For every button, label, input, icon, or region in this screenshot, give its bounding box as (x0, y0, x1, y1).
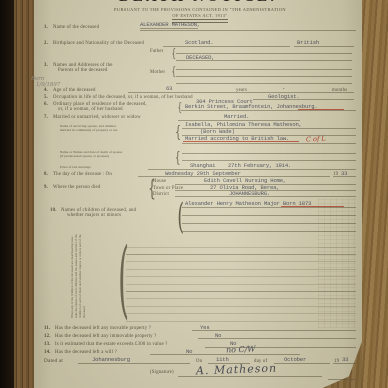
answer-line (150, 354, 300, 355)
answer-line (333, 363, 356, 364)
answer-line (192, 330, 356, 331)
father-label: Father (150, 49, 163, 55)
answer-line (175, 196, 356, 197)
answer-line (253, 99, 354, 100)
field13-label: Is it estimated that the estate exceeds … (55, 342, 168, 348)
photographed-death-notice-form: DEATH NOTICE. PURSUANT TO THE PROVISIONS… (0, 0, 388, 388)
field6-label-line2: or, if a woman, of her husband (58, 107, 123, 113)
red-underline-residence (298, 109, 344, 110)
field2-label: Birthplace and Nationality of the Deceas… (53, 41, 144, 47)
field7c-note: Place of last marriage (60, 166, 91, 170)
mother-label: Mother (150, 70, 165, 76)
field12-number: 12. (44, 334, 51, 340)
field7b-note-line2: (if predeceased spouse or spouses) (60, 155, 109, 159)
field7-number: 7. (44, 115, 48, 121)
field7a-answer1: Isabella, Philomina Theresa Matheson, (185, 122, 302, 128)
field1-answer: ALEXANDER MATHESON, (140, 22, 200, 28)
answer-line (274, 363, 330, 364)
field9-label: Where the person died (53, 185, 101, 191)
field2-answer-nationality: British (297, 40, 319, 46)
residence-brace: { (178, 100, 183, 114)
form-subtitle-line1: PURSUANT TO THE PROVISIONS CONTAINED IN … (60, 7, 340, 12)
answer-line (163, 46, 290, 47)
field2-answer-place: Scotland. (185, 40, 213, 46)
field7-label: Married or unmarried, widower or widow (53, 115, 141, 121)
field11-label: Has the deceased left any movable proper… (55, 326, 151, 332)
form-content: PURSUANT TO THE PROVISIONS CONTAINED IN … (0, 0, 388, 388)
answer-line (176, 83, 352, 84)
field2-number: 2. (44, 41, 48, 47)
answer-line (328, 379, 356, 380)
predeceased-brace: { (175, 148, 181, 166)
field8-number: 8. (44, 172, 48, 178)
field3-number: 3. (44, 63, 48, 69)
dated-at-label: Dated at (44, 359, 63, 365)
field4-number: 4. (44, 88, 48, 94)
answer-line (78, 363, 190, 364)
answer-underline (140, 28, 198, 29)
form-title-cropped: DEATH NOTICE. (34, 0, 362, 7)
answer-line (294, 46, 354, 47)
field13-number: 13. (44, 342, 51, 348)
field7-answer: Married. (224, 114, 249, 120)
field10-label-line2: whether majors or minors (67, 213, 121, 219)
field9-number: 9. (44, 185, 48, 191)
children-brace: ( (177, 196, 184, 238)
field14-label: Has the deceased left a will ? (55, 350, 117, 356)
field1-label: Name of the deceased (53, 25, 99, 31)
field8-label: The day of the decease : On (53, 172, 112, 178)
field10-number: 10. (50, 208, 57, 214)
signature-label: (Signature) (150, 370, 174, 376)
field4-answer-months: - (282, 86, 285, 92)
spouse-brace: { (175, 122, 181, 141)
answer-line (182, 143, 356, 144)
answer-line (182, 153, 356, 154)
signature-line (178, 376, 322, 377)
district-label: District (153, 192, 169, 198)
rotated-margin-note: When any of the children of the deceased… (70, 232, 87, 318)
field11-number: 11. (44, 326, 50, 332)
form-subtitle-line2: OF ESTATES ACT, 1913" (60, 13, 340, 18)
field7a-note-line2: married in community of property or not (60, 129, 118, 133)
field5-label: Occupation in life of the deceased, or, … (53, 95, 193, 101)
field5-number: 5. (44, 95, 48, 101)
form-title-text: DEATH NOTICE. (34, 0, 362, 6)
answer-line (198, 338, 356, 339)
field3-label-line2: Parents of the deceased (58, 68, 107, 74)
answer-line (333, 176, 356, 177)
field14-number: 14. (44, 350, 51, 356)
ink-annotation-will: no C/W (226, 344, 256, 354)
on-label: On (196, 359, 202, 365)
answer-line (176, 76, 352, 77)
field4-label: Age of the deceased (53, 88, 96, 94)
answer-line (176, 69, 352, 70)
column-dot-grid (318, 198, 356, 328)
field4-answer-years: 63 (166, 86, 172, 92)
field1-number: 1. (44, 25, 48, 31)
red-underline-marriage-law (183, 141, 299, 142)
answer-line (176, 60, 352, 61)
field12-label: Has the deceased left any immovable prop… (55, 334, 157, 340)
answer-line (128, 92, 354, 93)
field6-number: 6. (44, 102, 48, 108)
answer-line (182, 160, 356, 161)
house-label: House (153, 179, 166, 185)
answer-line (140, 30, 356, 31)
